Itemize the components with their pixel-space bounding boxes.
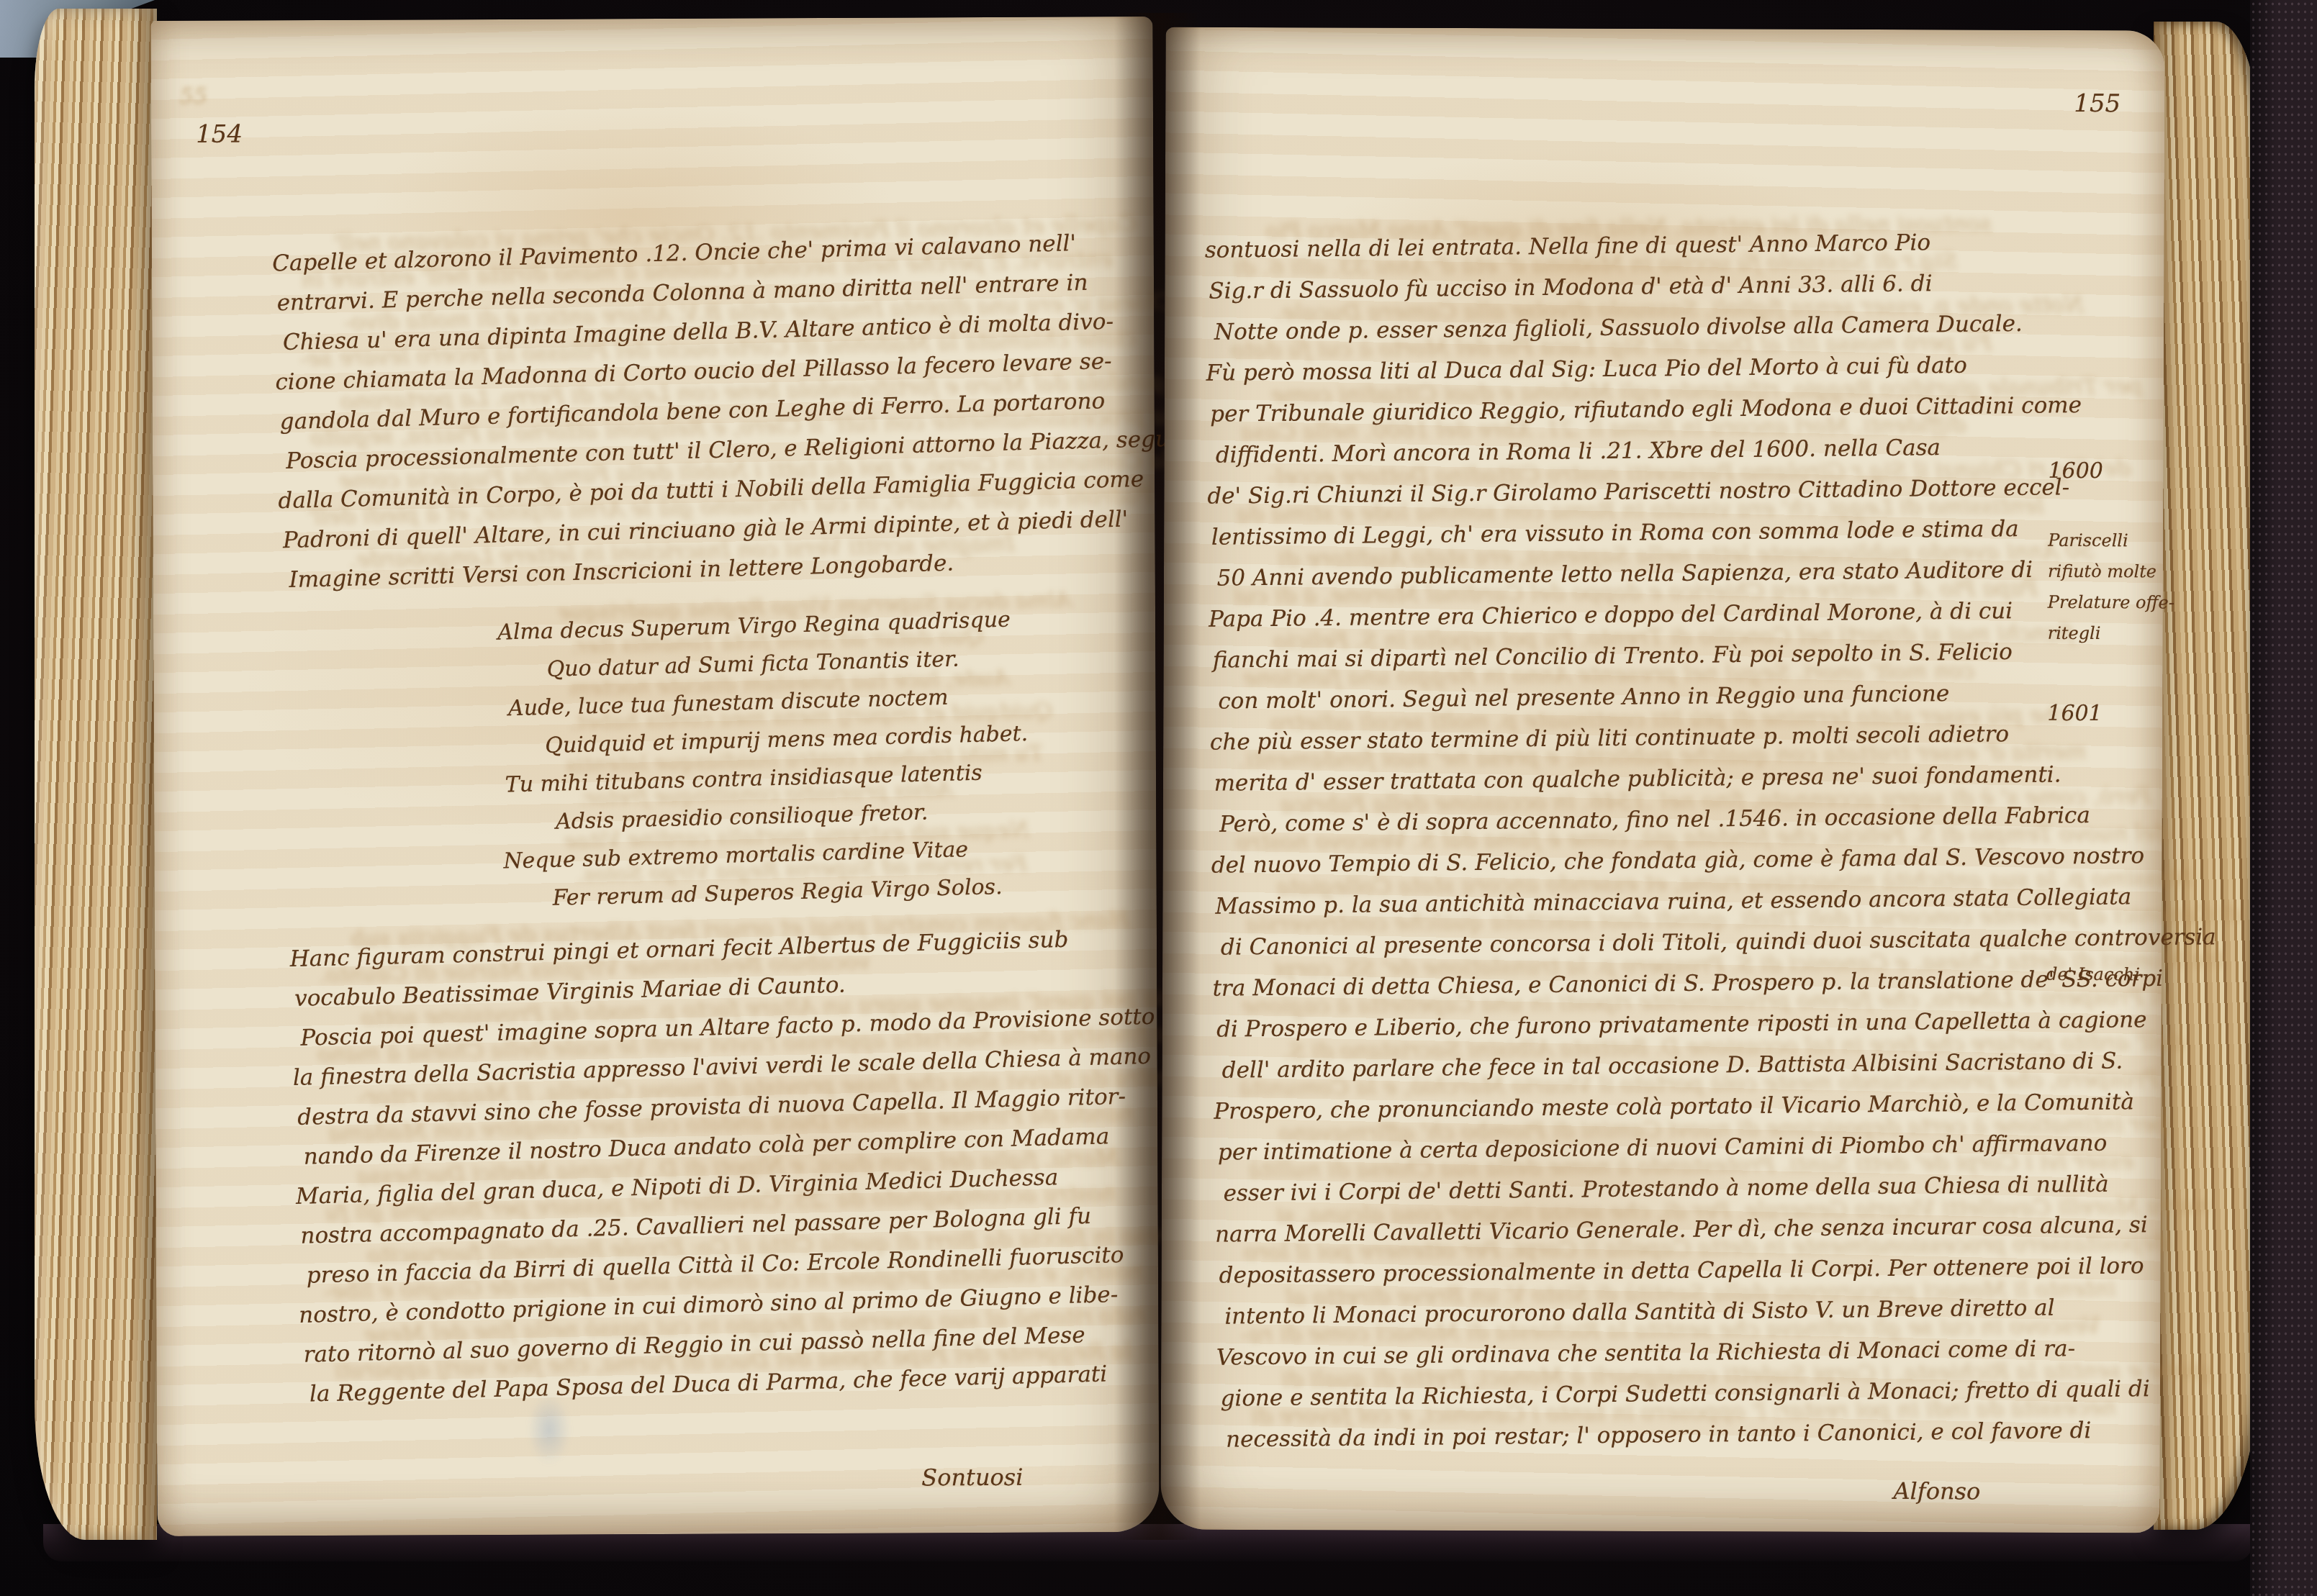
leather-cover-right: [2250, 0, 2317, 1596]
manuscript-page-left: 55 154 Capelle et alzorono il Pavimento …: [150, 17, 1159, 1536]
left-page-text: Capelle et alzorono il Pavimento .12. On…: [276, 229, 1162, 1421]
latin-verse: Alma decus Superum Virgo Regina quadrisq…: [501, 604, 1149, 925]
catchword-left: Sontuosi: [921, 1464, 1023, 1492]
folio-number-right: 155: [2074, 89, 2120, 118]
fore-edge-left: [35, 9, 157, 1540]
margin-note: rifiutò molte: [2048, 561, 2156, 582]
margin-note: 1600: [2048, 458, 2103, 484]
showthrough-folio-number: 55: [180, 84, 207, 109]
left-paragraph-2: Hanc figuram construi pingi et ornari fe…: [293, 925, 1161, 1421]
right-page-text: sontuosi nella di lei entrata. Nella fin…: [1209, 229, 2064, 1468]
left-paragraph-1: Capelle et alzorono il Pavimento .12. On…: [276, 229, 1141, 607]
margin-note: ritegli: [2048, 623, 2101, 643]
margin-note: 1601: [2047, 701, 2102, 726]
catchword-right: Alfonso: [1893, 1477, 1980, 1505]
manuscript-line: la Reggente del Papa Sposa del Duca di P…: [310, 1360, 1167, 1421]
margin-note: Pariscelli: [2048, 530, 2128, 550]
margin-notes: 1600Pariscellirifiutò moltePrelature off…: [1166, 27, 2165, 31]
photo-background: 55 154 Capelle et alzorono il Pavimento …: [0, 0, 2317, 1596]
margin-note: Prelature offe-: [2048, 592, 2174, 613]
manuscript-page-right: 155 sontuosi nella di lei entrata. Nella…: [1160, 27, 2164, 1533]
manuscript-line: necessità da indi in poi restar; l' oppo…: [1226, 1418, 2069, 1467]
fore-edge-right: [2154, 22, 2259, 1530]
margin-note: de' Isacchi: [2046, 964, 2140, 984]
folio-number-left: 154: [196, 119, 243, 148]
